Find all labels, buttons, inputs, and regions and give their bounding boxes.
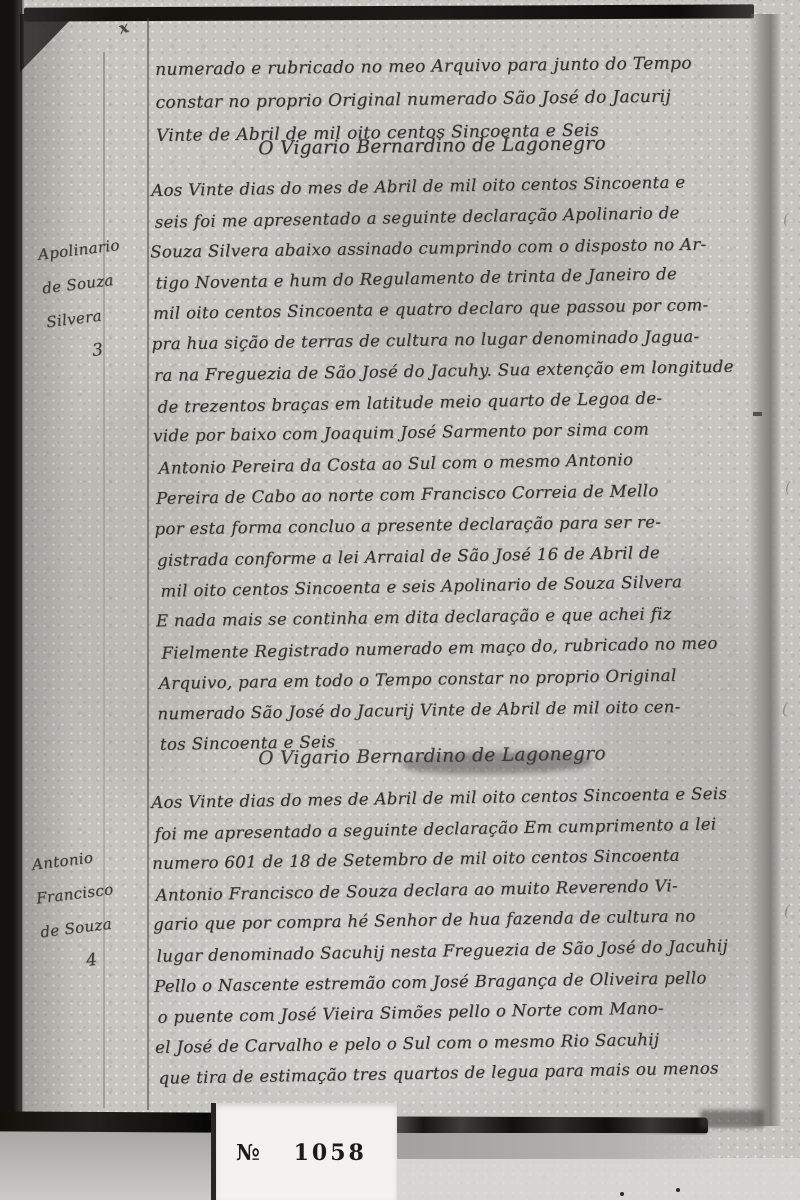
edge-smear <box>700 1110 764 1128</box>
ink-dot <box>676 1188 680 1192</box>
bleed-through-stroke: ( <box>784 902 790 920</box>
margin-note-entry-4: Antonio Francisco de Souza 4 <box>30 833 166 983</box>
page-bottom-shadow-right <box>392 1133 712 1159</box>
register-number: 1058 <box>294 1140 367 1166</box>
numero-sign: № <box>236 1140 260 1166</box>
page-bottom-edge-right <box>392 1116 708 1134</box>
ink-dot <box>620 1192 624 1196</box>
register-number-label: № 1058 <box>236 1140 396 1166</box>
bleed-through-stroke: ( <box>785 478 791 496</box>
page-bottom-edge-left <box>0 1111 215 1132</box>
bleed-through-stroke: ( <box>783 210 789 228</box>
binding-edge-left <box>0 0 24 1138</box>
scanned-register-page: x numerado e rubricado no meo Arquivo pa… <box>0 0 800 1200</box>
table-surface-left <box>0 1130 213 1200</box>
bleed-through-stroke: ( <box>782 700 788 718</box>
margin-note-entry-3: Apolinario de Souza Silvera 3 <box>36 224 168 373</box>
entry-3-block: Aos Vinte dias do mes de Abril de mil oi… <box>151 166 780 761</box>
entry-4-block: Aos Vinte dias do mes de Abril de mil oi… <box>151 778 786 1094</box>
